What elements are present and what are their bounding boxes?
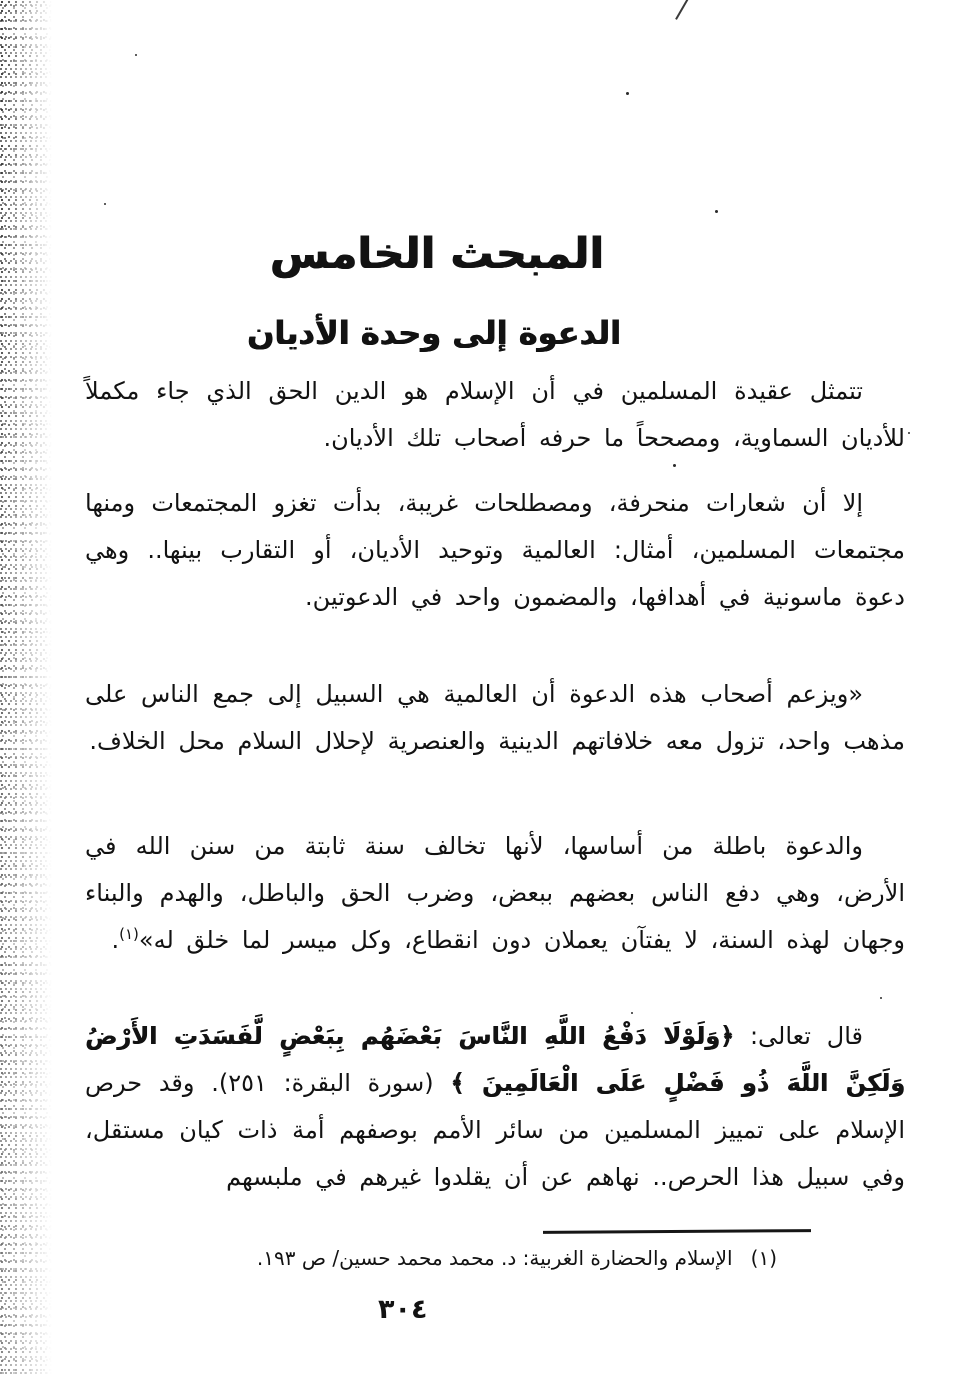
scan-speck bbox=[715, 210, 718, 213]
paragraph-text: والدعوة باطلة من أساسها، لأنها تخالف سنة… bbox=[85, 832, 905, 954]
scan-noise-left-edge bbox=[0, 0, 54, 1375]
quran-paragraph: قال تعالى: ﴿وَلَوْلَا دَفْعُ اللَّهِ الن… bbox=[85, 1013, 905, 1201]
verse-intro: قال تعالى: bbox=[734, 1022, 863, 1050]
body-paragraph: «ويزعم أصحاب هذه الدعوة أن العالمية هي ا… bbox=[85, 671, 905, 765]
body-paragraph: والدعوة باطلة من أساسها، لأنها تخالف سنة… bbox=[85, 823, 905, 964]
footnote-marker: (١) bbox=[751, 1246, 777, 1270]
footnote-reference-marker: (١) bbox=[119, 925, 139, 943]
scan-speck bbox=[673, 464, 676, 467]
paragraph-text: إلا أن شعارات منحرفة، ومصطلحات غريبة، بد… bbox=[85, 489, 905, 611]
scan-speck bbox=[908, 432, 910, 434]
scan-speck bbox=[104, 203, 106, 205]
scan-scratch bbox=[675, 0, 689, 20]
book-page: المبحث الخامس الدعوة إلى وحدة الأديان تت… bbox=[0, 0, 963, 1375]
page-number: ٣٠٤ bbox=[378, 1294, 427, 1325]
body-paragraph: إلا أن شعارات منحرفة، ومصطلحات غريبة، بد… bbox=[85, 480, 905, 621]
footnote: (١)الإسلام والحضارة الغربية: د. محمد محم… bbox=[177, 1243, 777, 1273]
paragraph-text: تتمثل عقيدة المسلمين في أن الإسلام هو ال… bbox=[85, 377, 905, 452]
footnote-separator-line bbox=[543, 1229, 811, 1234]
chapter-subtitle: الدعوة إلى وحدة الأديان bbox=[134, 314, 734, 352]
paragraph-tail: . bbox=[111, 926, 119, 954]
chapter-title: المبحث الخامس bbox=[137, 229, 737, 279]
scan-speck bbox=[626, 92, 629, 95]
scan-speck bbox=[880, 997, 882, 999]
body-paragraph: تتمثل عقيدة المسلمين في أن الإسلام هو ال… bbox=[85, 368, 905, 462]
footnote-text: الإسلام والحضارة الغربية: د. محمد محمد ح… bbox=[257, 1246, 733, 1270]
paragraph-text: «ويزعم أصحاب هذه الدعوة أن العالمية هي ا… bbox=[85, 680, 905, 755]
scan-speck bbox=[135, 54, 137, 56]
